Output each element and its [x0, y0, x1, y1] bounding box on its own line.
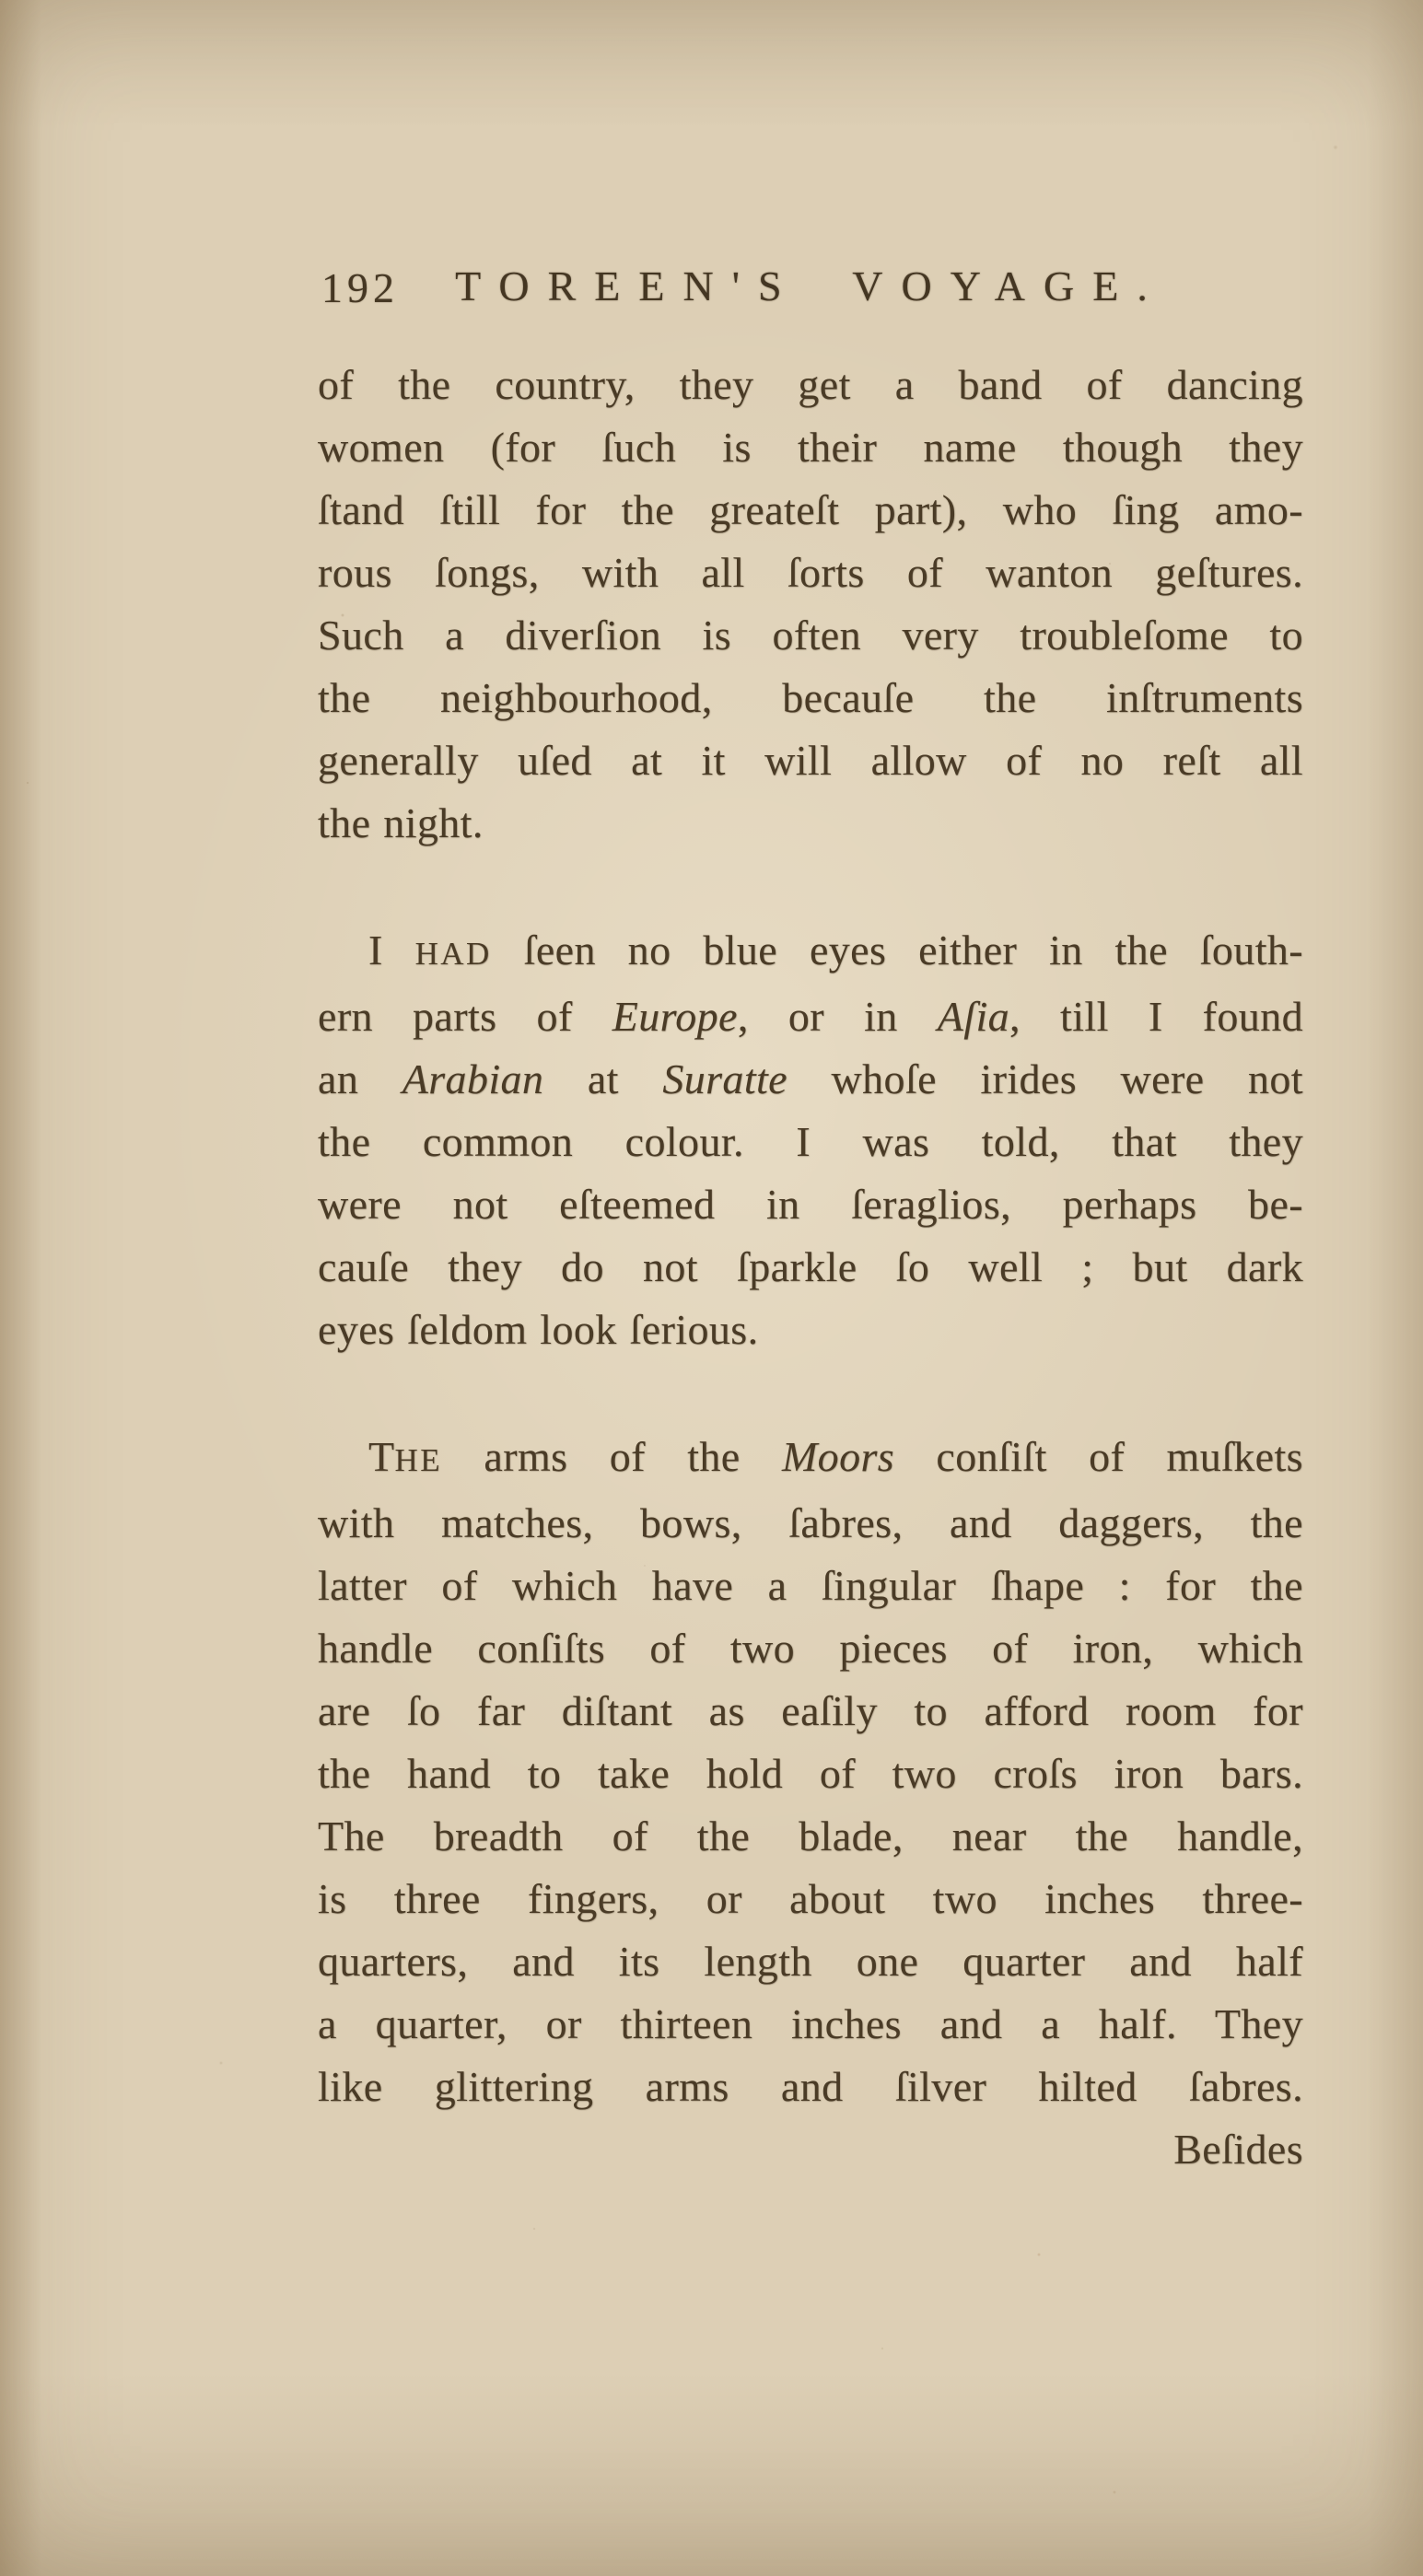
text-segment: I	[368, 927, 415, 973]
text-line: THE arms of the Moors conſiſt of muſkets	[318, 1426, 1303, 1492]
text-line: rous ſongs, with all ſorts of wanton geſ…	[318, 542, 1303, 604]
catchword: Beſides	[318, 2118, 1303, 2181]
text-line: the common colour. I was told, that they	[318, 1111, 1303, 1173]
text-segment: ſeen no blue eyes either in the ſouth-	[492, 927, 1303, 973]
text-line: are ſo far diſtant as eaſily to afford r…	[318, 1680, 1303, 1743]
text-line: the hand to take hold of two croſs iron …	[318, 1743, 1303, 1805]
text-line: Such a diverſion is often very troubleſo…	[318, 604, 1303, 667]
text-segment: an	[318, 1055, 402, 1102]
text-line: a quarter, or thirteen inches and a half…	[318, 1993, 1303, 2056]
text-line: cauſe they do not ſparkle ſo well ; but …	[318, 1236, 1303, 1299]
text-segment: , till I found	[1009, 993, 1303, 1040]
running-title: TOREEN'S VOYAGE.	[318, 262, 1303, 310]
text-line: The breadth of the blade, near the handl…	[318, 1805, 1303, 1868]
text-line: the neighbourhood, becauſe the inſtrumen…	[318, 667, 1303, 729]
text-segment: at	[543, 1055, 662, 1102]
paragraph: I HAD ſeen no blue eyes either in the ſo…	[318, 919, 1303, 1361]
text-line: handle conſiſts of two pieces of iron, w…	[318, 1617, 1303, 1680]
page-number: 192	[321, 263, 399, 312]
text-segment: , or in	[738, 993, 938, 1040]
text-line: is three fingers, or about two inches th…	[318, 1868, 1303, 1930]
book-page: 192 TOREEN'S VOYAGE. of the country, the…	[0, 0, 1423, 2576]
text-segment-smallcaps: HE	[395, 1442, 443, 1478]
text-segment: T	[368, 1433, 395, 1480]
text-segment-italic: Arabian	[402, 1055, 544, 1102]
text-line: an Arabian at Suratte whoſe irides were …	[318, 1048, 1303, 1111]
paragraph: THE arms of the Moors conſiſt of muſkets…	[318, 1426, 1303, 2118]
text-line: the night.	[318, 792, 1303, 855]
text-line: quarters, and its length one quarter and…	[318, 1930, 1303, 1993]
paragraph: of the country, they get a band of danci…	[318, 354, 1303, 855]
text-block: of the country, they get a band of danci…	[318, 354, 1303, 2181]
text-segment-italic: Suratte	[662, 1055, 787, 1102]
text-segment: conſiſt of muſkets	[894, 1433, 1303, 1480]
text-line: generally uſed at it will allow of no re…	[318, 729, 1303, 792]
text-segment: ern parts of	[318, 993, 612, 1040]
text-line: women (for ſuch is their name though the…	[318, 416, 1303, 479]
text-line: with matches, bows, ſabres, and daggers,…	[318, 1492, 1303, 1555]
text-segment-italic: Moors	[782, 1433, 894, 1480]
page-header: 192 TOREEN'S VOYAGE.	[318, 262, 1303, 326]
text-segment-italic: Europe	[612, 993, 738, 1040]
text-line: ern parts of Europe, or in Aſia, till I …	[318, 985, 1303, 1048]
text-line: like glittering arms and ſilver hilted ſ…	[318, 2056, 1303, 2118]
text-line: were not eſteemed in ſeraglios, perhaps …	[318, 1173, 1303, 1236]
text-line: ſtand ſtill for the greateſt part), who …	[318, 479, 1303, 542]
text-segment-italic: Aſia	[938, 993, 1009, 1040]
text-segment-smallcaps: HAD	[415, 936, 492, 972]
text-line: latter of which have a ſingular ſhape : …	[318, 1555, 1303, 1617]
text-segment: arms of the	[442, 1433, 782, 1480]
text-line: eyes ſeldom look ſerious.	[318, 1299, 1303, 1361]
text-line: of the country, they get a band of danci…	[318, 354, 1303, 416]
text-segment: whoſe irides were not	[787, 1055, 1303, 1102]
text-line: I HAD ſeen no blue eyes either in the ſo…	[318, 919, 1303, 985]
